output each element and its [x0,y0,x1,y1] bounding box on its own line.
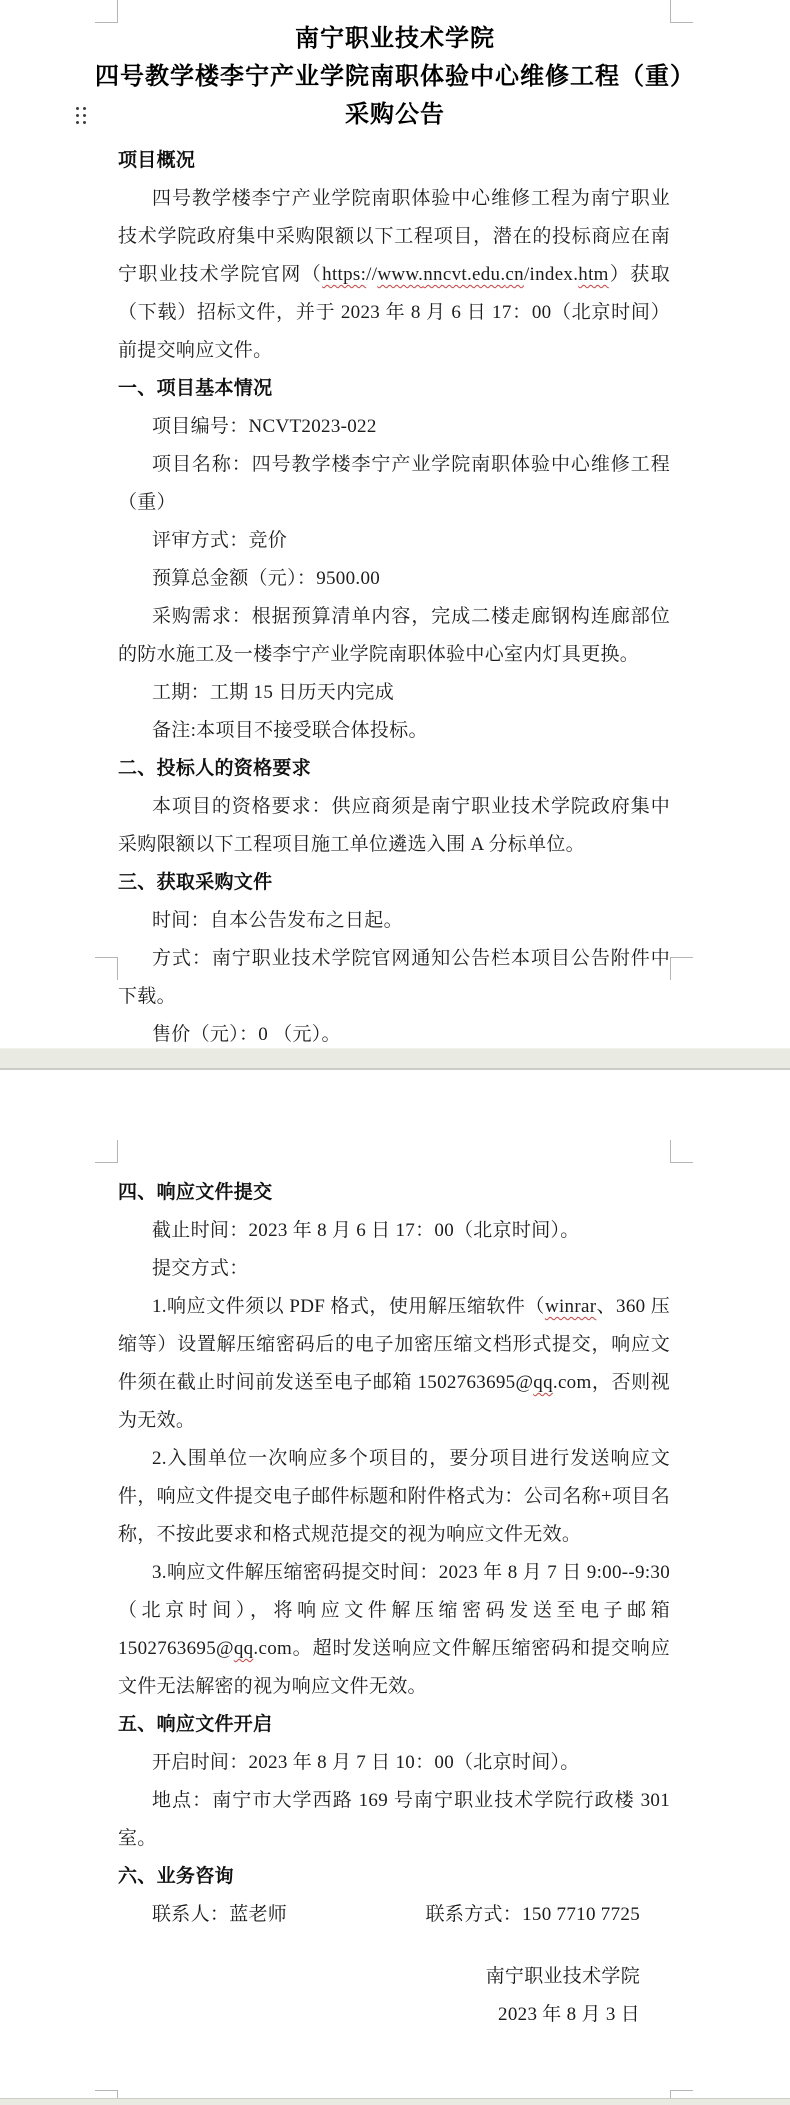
list-item-submit-method: 提交方式： [118,1250,670,1288]
url-text: www. [377,264,423,285]
list-item-requirements: 采购需求：根据预算清单内容，完成二楼走廊钢构连廊部位的防水施工及一楼李宁产业学院… [118,598,670,674]
url-text: // [366,264,377,285]
list-item-price: 售价（元）：0 （元）。 [118,1016,670,1048]
drag-handle-dot [76,107,79,110]
document-title: 南宁职业技术学院 四号教学楼李宁产业学院南职体验中心维修工程（重） 采购公告 [94,20,696,134]
submit-paragraph-3: 3.响应文件解压缩密码提交时间：2023 年 8 月 7 日 9:00--9:3… [118,1554,670,1706]
page-separator [0,1048,790,1070]
document-canvas: 南宁职业技术学院 四号教学楼李宁产业学院南职体验中心维修工程（重） 采购公告 项… [0,0,790,2105]
list-item-time: 时间：自本公告发布之日起。 [118,902,670,940]
drag-handle-dot [83,121,86,124]
drag-handle-dot [83,107,86,110]
margin-mark-top-left [95,0,118,23]
page-2: 四、响应文件提交 截止时间：2023 年 8 月 6 日 17：00（北京时间）… [0,1070,790,2098]
list-item-review-method: 评审方式：竞价 [118,522,670,560]
contact-phone: 联系方式：150 7710 7725 [426,1896,640,1934]
signature-date: 2023 年 8 月 3 日 [118,1996,640,2034]
list-item-duration: 工期：工期 15 日历天内完成 [118,674,670,712]
margin-mark-bottom-right [670,2090,693,2098]
drag-handle-dot [76,121,79,124]
page-2-content: 四、响应文件提交 截止时间：2023 年 8 月 6 日 17：00（北京时间）… [0,1070,790,2034]
list-item-note: 备注:本项目不接受联合体投标。 [118,712,670,750]
page-1: 南宁职业技术学院 四号教学楼李宁产业学院南职体验中心维修工程（重） 采购公告 项… [0,0,790,1048]
heading-section-2: 二、投标人的资格要求 [118,750,670,788]
list-item-project-number: 项目编号：NCVT2023-022 [118,408,670,446]
margin-mark-top-right [670,1140,693,1163]
contact-row: 联系人：蓝老师 联系方式：150 7710 7725 [118,1896,670,1934]
title-line-1: 南宁职业技术学院 [94,20,696,58]
drag-handle-dot [83,114,86,117]
paragraph-text: 1.响应文件须以 PDF 格式，使用解压缩软件（ [152,1296,545,1317]
qualification-paragraph: 本项目的资格要求：供应商须是南宁职业技术学院政府集中采购限额以下工程项目施工单位… [118,788,670,864]
url-text: https: [322,264,366,285]
margin-mark-top-left [95,1140,118,1163]
drag-handle-dot [76,114,79,117]
signature-block: 南宁职业技术学院 2023 年 8 月 3 日 [118,1958,670,2034]
winrar-text: winrar [545,1296,596,1317]
contact-name: 联系人：蓝老师 [118,1896,287,1934]
overview-paragraph: 四号教学楼李宁产业学院南职体验中心维修工程为南宁职业技术学院政府集中采购限额以下… [118,180,670,370]
url-text: htm [578,264,608,285]
email-domain-text: qq [234,1638,254,1659]
bottom-page-separator [0,2098,790,2105]
url-text: /index. [524,264,578,285]
submit-paragraph-2: 2.入围单位一次响应多个项目的，要分项目进行发送响应文件，响应文件提交电子邮件标… [118,1440,670,1554]
heading-section-1: 一、项目基本情况 [118,370,670,408]
list-item-open-location: 地点：南宁市大学西路 169 号南宁职业技术学院行政楼 301 室。 [118,1782,670,1858]
heading-section-3: 三、获取采购文件 [118,864,670,902]
margin-mark-top-right [670,0,693,23]
submit-paragraph-1: 1.响应文件须以 PDF 格式，使用解压缩软件（winrar、360 压缩等）设… [118,1288,670,1440]
list-item-project-name: 项目名称：四号教学楼李宁产业学院南职体验中心维修工程（重） [118,446,670,522]
url-text: edu. [472,264,505,285]
title-line-2: 四号教学楼李宁产业学院南职体验中心维修工程（重） [94,58,696,96]
url-text: cn [505,264,524,285]
margin-mark-bottom-right [670,957,693,980]
list-item-open-time: 开启时间：2023 年 8 月 7 日 10：00（北京时间）。 [118,1744,670,1782]
page-1-content: 南宁职业技术学院 四号教学楼李宁产业学院南职体验中心维修工程（重） 采购公告 项… [0,20,790,1048]
list-item-deadline: 截止时间：2023 年 8 月 6 日 17：00（北京时间）。 [118,1212,670,1250]
list-item-method: 方式：南宁职业技术学院官网通知公告栏本项目公告附件中下载。 [118,940,670,1016]
margin-mark-bottom-left [95,957,118,980]
title-line-3: 采购公告 [94,96,696,134]
url-text: nncvt. [423,264,472,285]
signature-org: 南宁职业技术学院 [118,1958,640,1996]
heading-section-6: 六、业务咨询 [118,1858,670,1896]
heading-section-5: 五、响应文件开启 [118,1706,670,1744]
heading-section-4: 四、响应文件提交 [118,1174,670,1212]
email-domain-text: qq [533,1372,553,1393]
margin-mark-bottom-left [95,2090,118,2098]
list-item-budget: 预算总金额（元）：9500.00 [118,560,670,598]
heading-project-overview: 项目概况 [118,142,670,180]
drag-handle-icon[interactable] [76,107,86,124]
